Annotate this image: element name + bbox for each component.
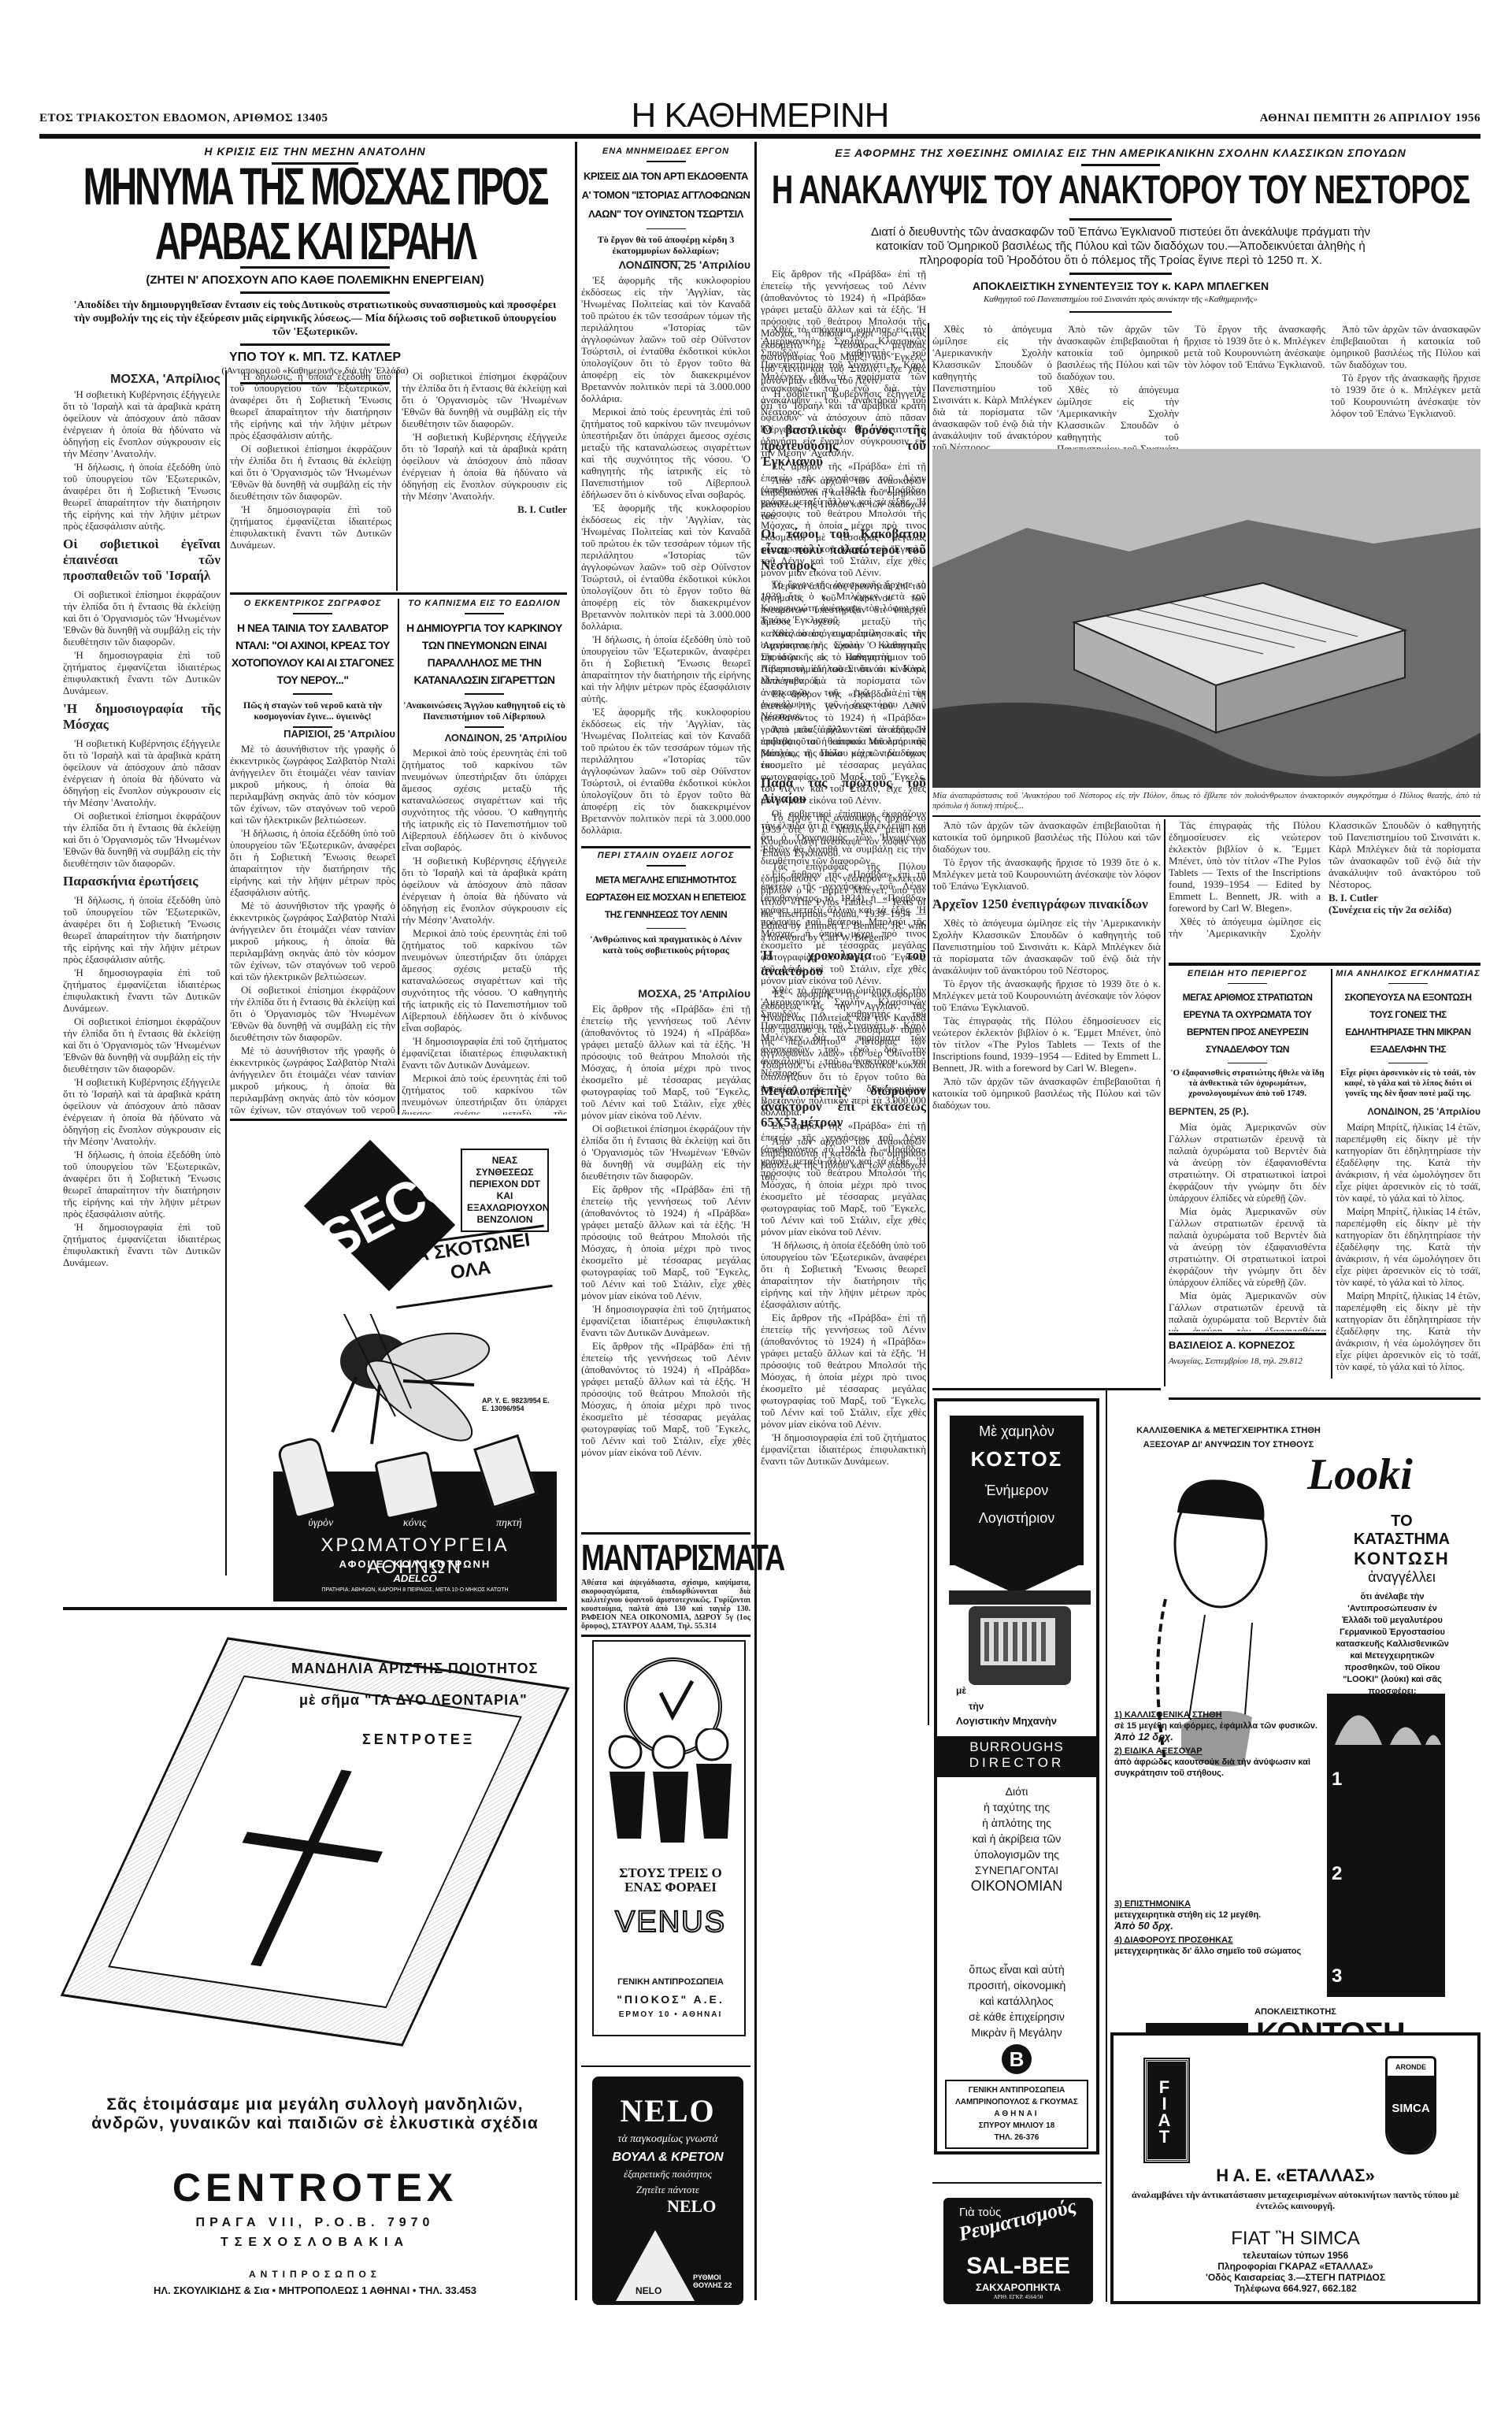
venus-agency-box: ΓΕΝΙΚΗ ΑΝΤΙΠΡΟΣΩΠΕΙΑ "ΠΙΟΚΟΣ" Α.Ε. ΕΡΜΟΥ… [592,1962,746,2036]
looki-logo: Looki [1307,1449,1413,1500]
burroughs-logo: B [1002,2044,1032,2074]
nestor-lead-column: Χθὲς τὸ ἀπόγευμα ὡμίλησε εἰς τὴν 'Αμερικ… [761,323,926,1268]
accounting-machine-illustration [945,1590,1095,1701]
seco-tin-icon [374,1451,440,1520]
looki-panel-2: 2 [1327,1796,1445,1891]
fiat-simca-models-line: FIAT Ἢ SIMCA [1114,2228,1477,2250]
nestor-story: ΕΞ ΑΦΟΡΜΗΣ ΤΗΣ ΧΘΕΣΙΝΗΣ ΟΜΙΛΙΑΣ ΕΙΣ ΤΗΝ … [761,142,1480,317]
dali-headline: Η ΝΕΑ ΤΑΙΝΙΑ ΤΟΥ ΣΑΛΒΑΤΟΡ ΝΤΑΛΙ: "ΟΙ ΑΧΙ… [230,619,395,688]
author-note: Ανωγείας, Σεπτεμβρίου 18, τηλ. 29.812 [1169,1357,1303,1366]
palace-caption: Μία ἀναπαράστασις τοῦ 'Ανακτόρου τοῦ Νέσ… [932,791,1480,811]
lead-column-3: Οἱ σοβιετικοὶ ἐπίσημοι ἐκφράζουν τὴν ἐλπ… [402,370,567,591]
masthead-rule [39,134,1480,139]
mantarismata-title: ΜΑΝΤΑΡΙΣΜΑΤΑ [581,1536,750,1579]
nestor-column-5: Ἀπὸ τῶν ἀρχῶν τῶν ἀνασκαφῶν ἐπιβεβαιοῦτα… [932,819,1161,1386]
nestor-column-6: Τὰς ἐπιγραφὰς τῆς Πύλου ἐδημοσίευσεν εἰς… [1169,819,1480,961]
lead-subhead: (ΖΗΤΕΙ Ν' ΑΠΟΣΧΟΥΝ ΑΠΟ ΚΑΘΕ ΠΟΛΕΜΙΚΗΝ ΕΝ… [63,273,567,287]
looki-panel-1: 1 [1327,1694,1445,1796]
venus-logo: VENUS [594,1906,746,1939]
lenin-headline: ΜΕΤΑ ΜΕΓΑΛΗΣ ΕΠΙΣΗΜΟΤΗΤΟΣ ΕΩΡΤΑΣΘΗ ΕΙΣ Μ… [581,871,750,923]
lead-signature: Β. Ι. Cutler [402,503,567,515]
cancer-story: ΤΟ ΚΑΠΝΙΣΜΑ ΕΙΣ ΤΟ ΕΔΩΛΙΟΝ Η ΔΗΜΙΟΥΡΓΙΑ … [402,599,567,733]
centrotex-line-2: μὲ σῆμα "ΤΑ ΔΥΟ ΛΕΟΝΤΑΡΙΑ" [299,1692,528,1709]
cancer-headline: Η ΔΗΜΙΟΥΡΓΙΑ ΤΟΥ ΚΑΡΚΙΝΟΥ ΤΩΝ ΠΝΕΥΜΟΝΩΝ … [402,619,567,688]
date-line: ΑΘΗΝΑΙ ΠΕΜΠΤΗ 26 ΑΠΡΙΛΙΟΥ 1956 [1260,112,1480,125]
clock-hands-icon [657,1677,696,1724]
author-signature: ΒΑΣΙΛΕΙΟΣ Α. ΚΟΡΝΕΖΟΣ [1169,1339,1295,1351]
lead-column-2: 'Η δήλωσις, ἡ ὁποία ἐξεδόθη ὑπὸ τοῦ ὑπου… [230,370,391,591]
lead-column-1: ΜΟΣΧΑ, 'Απρίλιος 'Η σοβιετικὴ Κυβέρνησις… [63,370,220,1576]
simca-log: ARONDE SIMCA [1385,2056,1436,2154]
nelo-ad[interactable]: NELO τὰ παγκοσμίως γνωστὰ ΒΟΥΑΛ & ΚΡΕΤΟΝ… [592,2077,743,2305]
fly-illustration [309,1314,513,1448]
verdun-story: ΕΠΕΙΔΗ ΗΤΟ ΠΕΡΙΕΡΓΟΣ ΜΕΓΑΣ ΑΡΙΘΜΟΣ ΣΤΡΑΤ… [1169,969,1326,1099]
burroughs-ad[interactable]: Μὲ χαμηλὸν ΚΟΣΤΟΣ Ἐνήμερον Λογιστήριον μ… [934,1398,1099,1965]
nelo-logo: NELO [592,2092,743,2129]
lenin-story: ΠΕΡΙ ΣΤΑΛΙΝ ΟΥΔΕΙΣ ΛΟΓΟΣ ΜΕΤΑ ΜΕΓΑΛΗΣ ΕΠ… [581,851,750,956]
nestor-column-2: Ἀπὸ τῶν ἀρχῶν τῶν ἀνασκαφῶν ἐπιβεβαιοῦτα… [1057,323,1179,449]
seco-ad[interactable]: SECO ΝΕΑΣ ΣΥΝΘΕΣΕΩΣ ΠΕΡΙΕΧΟΝ DDT ΚΑΙ ΕΞΑ… [230,1125,567,1605]
nestor-column-3: Τὸ ἔργον τῆς ἀνασκαφῆς ἤρχισε τὸ 1939 ὅτ… [1184,323,1325,449]
looki-ad[interactable]: ΚΑΛΛΙΣΘΕΝΙΚΑ & ΜΕΤΕΓΧΕΙΡΗΤΙΚΑ ΣΤΗΘΗ ΑΞΕΣ… [1110,1402,1480,1906]
nestor-column-1: Χθὲς τὸ ἀπόγευμα ὡμίλησε εἰς τὴν 'Αμερικ… [932,323,1052,449]
crime-body: ΛΟΝΔΙΝΟΝ, 25 'Απριλίου Μαίρη Μπρίτζ, ἡλι… [1336,1103,1480,1379]
book-body: ΛΟΝΔΙΝΟΝ, 25 'Απριλίου 'Εξ ἀφορμῆς τῆς κ… [581,256,750,843]
salbee-ad[interactable]: Γιὰ τοὺς Ρευματισμούς SAL-BEE ΣΑΚΧΑΡΟΠΗΚ… [943,2198,1093,2304]
three-men-illustration [602,1728,739,1846]
centrotex-ad[interactable]: ΜΑΝΔΗΛΙΑ ΑΡΙΣΤΗΣ ΠΟΙΟΤΗΤΟΣ μὲ σῆμα "ΤΑ Δ… [63,1613,567,2307]
verdun-headline: ΜΕΓΑΣ ΑΡΙΘΜΟΣ ΣΤΡΑΤΙΩΤΩΝ ΕΡΕΥΝΑ ΤΑ ΟΧΥΡΩ… [1169,989,1326,1058]
book-headline: ΚΡΙΣΕΙΣ ΔΙΑ ΤΟΝ ΑΡΤΙ ΕΚΔΟΘΕΝΤΑ Α' ΤΟΜΟΝ … [581,167,750,224]
centrotex-box-label: ΣΕΝΤΡΟΤΕΞ [362,1731,475,1748]
venus-ad[interactable]: ΣΤΟΥΣ ΤΡΕΙΣ Ο ΕΝΑΣ ΦΟΡΑΕΙ VENUS [592,1640,746,1963]
lead-story: Η ΚΡΙΣΙΣ ΕΙΣ ΤΗΝ ΜΕΣΗΝ ΑΝΑΤΟΛΗΝ ΜΗΝΥΜΑ Τ… [63,142,567,389]
centrotex-tagline: Σᾶς ἑτοιμάσαμε μια μεγάλη συλλογὴ μανδηλ… [71,2095,559,2133]
salbee-brand: SAL-BEE [943,2253,1093,2280]
centrotex-line-1: ΜΑΝΔΗΛΙΑ ΑΡΙΣΤΗΣ ΠΟΙΟΤΗΤΟΣ [291,1661,538,1677]
seco-can-icon [473,1434,538,1509]
seco-badge: ΝΕΑΣ ΣΥΝΘΕΣΕΩΣ ΠΕΡΙΕΧΟΝ DDT ΚΑΙ ΕΞΑΧΛΩΡΙ… [461,1149,549,1232]
burroughs-brand-bar: BURROUGHS DIRECTOR [937,1736,1096,1777]
verdun-body: ΒΕΡΝΤΕΝ, 25 (Ρ.). Μία ὁμὰς Ἀμερικανῶν σὺ… [1169,1103,1326,1331]
dali-story: Ο ΕΚΚΕΝΤΡΙΚΟΣ ΖΩΓΡΑΦΟΣ Η ΝΕΑ ΤΑΙΝΙΑ ΤΟΥ … [230,599,395,733]
venus-slogan: ΣΤΟΥΣ ΤΡΕΙΣ Ο ΕΝΑΣ ΦΟΡΑΕΙ [602,1866,739,1895]
dali-body: ΠΑΡΙΣΙΟΙ, 25 'Απριλίου Μὲ τὸ ἀσυνήθιστον… [230,725,395,1115]
lead-headline: ΜΗΝΥΜΑ ΤΗΣ ΜΟΣΧΑΣ ΠΡΟΣ ΑΡΑΒΑΣ ΚΑΙ ΙΣΡΑΗΛ [63,158,567,269]
cancer-body: ΛΟΝΔΙΝΟΝ, 25 'Απριλίου Μερικοὶ ἀπὸ τοὺς … [402,729,567,1115]
fiat-logo: FIAT [1145,2059,1188,2162]
mantarismata-ad[interactable]: ΜΑΝΤΑΡΙΣΜΑΤΑ Ἀθέατα καὶ ἀψεγάδιαστα, σχί… [581,1536,750,1631]
burroughs-banner: Μὲ χαμηλὸν ΚΟΣΤΟΣ Ἐνήμερον Λογιστήριον [950,1416,1084,1565]
looki-panel-3: 3 [1327,1891,1445,1997]
lenin-body: ΜΟΣΧΑ, 25 'Απριλίου Εἰς ἄρθρον τῆς «Πράβ… [581,985,750,1528]
lead-byline: ΥΠΟ ΤΟΥ κ. ΜΠ. ΤΖ. ΚΑΤΛΕΡ [63,351,567,364]
crime-story: ΜΙΑ ΑΝΗΛΙΚΟΣ ΕΓΚΛΗΜΑΤΙΑΣ ΣΚΟΠΕΥΟΥΣΑ ΝΑ Ε… [1336,969,1480,1099]
nestor-column-4: Ἀπὸ τῶν ἀρχῶν τῶν ἀνασκαφῶν ἐπιβεβαιοῦτα… [1331,323,1480,449]
palace-illustration [932,449,1480,788]
lead-deck: 'Αποδίδει τὴν δημιουργηθεῖσαν ἔντασιν εἰ… [63,299,567,339]
book-story: ΕΝΑ ΜΝΗΜΕΙΩΔΕΣ ΕΡΓΟΝ ΚΡΙΣΕΙΣ ΔΙΑ ΤΟΝ ΑΡΤ… [581,142,750,266]
seco-bottle-icon [276,1436,338,1520]
crime-headline: ΣΚΟΠΕΥΟΥΣΑ ΝΑ ΕΞΟΝΤΩΣΗ ΤΟΥΣ ΓΟΝΕΙΣ ΤΗΣ Ε… [1336,989,1480,1058]
nestor-byline: ΑΠΟΚΛΕΙΣΤΙΚΗ ΣΥΝΕΝΤΕΥΞΙΣ ΤΟΥ κ. ΚΑΡΛ ΜΠΛ… [761,280,1480,293]
seco-footer-panel: ὑγρὸν κόνις πηκτή ΧΡΩΜΑΤΟΥΡΓΕΙΑ ΑΘΗΝΩΝ Α… [273,1472,557,1601]
nestor-deck: Διατί ὁ διευθυντὴς τῶν ἀνασκαφῶν τοῦ Ἐπά… [761,225,1480,268]
burroughs-ad-lower: ὅπως εἶναι καὶ αὐτὴ προσιτή, οἰκονομικὴ … [934,1962,1099,2154]
seco-registration: ΑΡ. Υ. Ε. 9823/954 Ε. Ε. 13096/954 [482,1397,557,1412]
centrotex-brand: CENTROTEX [63,2165,567,2210]
etallas-headline: Η Α. Ε. «ΕΤΑΛΛΑΣ» [1114,2166,1477,2186]
burroughs-body: Διότι ἡ ταχύτης της ἡ ἁπλότης της καὶ ἡ … [937,1783,1096,1894]
palace-reconstruction-image [932,449,1480,788]
nestor-headline: Η ΑΝΑΚΑΛΥΨΙΣ ΤΟΥ ΑΝΑΚΤΟΡΟΥ ΤΟΥ ΝΕΣΤΟΡΟΣ [761,170,1480,213]
